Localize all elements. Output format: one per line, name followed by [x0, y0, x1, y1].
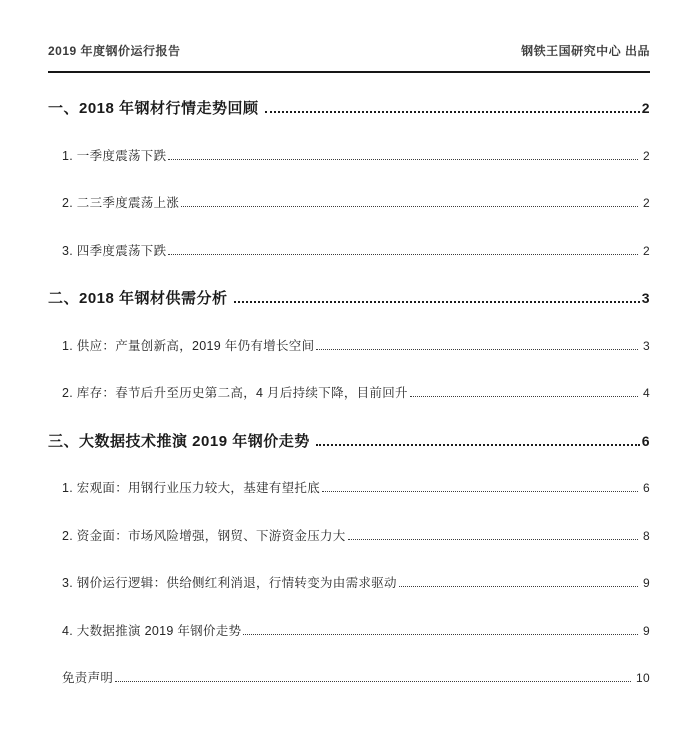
toc-entry-label: 3. 四季度震荡下跌: [62, 241, 166, 259]
toc-entry-page: 8: [643, 529, 650, 543]
toc-entry-3-3[interactable]: 3. 钢价运行逻辑：供给侧红利消退，行情转变为由需求驱动 9: [48, 557, 650, 605]
toc-entry-1-2[interactable]: 2. 二三季度震荡上涨 2: [48, 177, 650, 225]
toc-entry-label: 1. 宏观面：用钢行业压力较大，基建有望托底: [62, 478, 320, 496]
toc-entry-page: 10: [636, 671, 650, 685]
page-header: 2019 年度钢价运行报告 钢铁王国研究中心 出品: [48, 42, 650, 73]
dot-leader: [168, 159, 638, 160]
dot-leader: [410, 396, 638, 397]
dot-leader: [316, 349, 638, 350]
toc-entry-label: 2. 库存：春节后升至历史第二高，4 月后持续下降，目前回升: [62, 383, 408, 401]
toc-entry-page: 6: [643, 481, 650, 495]
toc-entry-section-1[interactable]: 一、2018 年钢材行情走势回顾 2: [48, 82, 650, 130]
dot-leader: [243, 634, 638, 635]
toc-entry-page: 2: [642, 100, 650, 116]
toc-entry-page: 2: [643, 149, 650, 163]
toc-entry-page: 3: [643, 339, 650, 353]
report-title: 2019 年度钢价运行报告: [48, 42, 181, 59]
toc-entry-label: 1. 供应：产量创新高，2019 年仍有增长空间: [62, 336, 314, 354]
toc-entry-label: 2. 资金面：市场风险增强，钢贸、下游资金压力大: [62, 526, 346, 544]
dot-leader: [265, 111, 640, 113]
publisher-credit: 钢铁王国研究中心 出品: [521, 42, 650, 59]
toc-entry-label: 3. 钢价运行逻辑：供给侧红利消退，行情转变为由需求驱动: [62, 573, 397, 591]
toc-entry-section-2[interactable]: 二、2018 年钢材供需分析 3: [48, 272, 650, 320]
toc-entry-page: 9: [643, 576, 650, 590]
toc-entry-3-4[interactable]: 4. 大数据推演 2019 年钢价走势 9: [48, 605, 650, 653]
toc-entry-section-3[interactable]: 三、大数据技术推演 2019 年钢价走势 6: [48, 415, 650, 463]
toc-entry-disclaimer[interactable]: 免责声明 10: [48, 652, 650, 700]
document-page: 2019 年度钢价运行报告 钢铁王国研究中心 出品 一、2018 年钢材行情走势…: [0, 0, 698, 756]
toc-entry-label: 二、2018 年钢材供需分析: [48, 287, 228, 308]
toc-entry-label: 2. 二三季度震荡上涨: [62, 193, 179, 211]
dot-leader: [115, 681, 631, 682]
table-of-contents: 一、2018 年钢材行情走势回顾 2 1. 一季度震荡下跌 2 2. 二三季度震…: [48, 82, 650, 700]
dot-leader: [348, 539, 638, 540]
toc-entry-page: 4: [643, 386, 650, 400]
toc-entry-label: 三、大数据技术推演 2019 年钢价走势: [48, 430, 310, 451]
toc-entry-1-3[interactable]: 3. 四季度震荡下跌 2: [48, 225, 650, 273]
dot-leader: [168, 254, 638, 255]
dot-leader: [181, 206, 638, 207]
toc-entry-page: 6: [642, 433, 650, 449]
toc-entry-page: 2: [643, 244, 650, 258]
toc-entry-page: 3: [642, 290, 650, 306]
dot-leader: [399, 586, 638, 587]
dot-leader: [322, 491, 638, 492]
dot-leader: [234, 301, 640, 303]
toc-entry-3-1[interactable]: 1. 宏观面：用钢行业压力较大，基建有望托底 6: [48, 462, 650, 510]
toc-entry-2-2[interactable]: 2. 库存：春节后升至历史第二高，4 月后持续下降，目前回升 4: [48, 367, 650, 415]
dot-leader: [316, 444, 640, 446]
toc-entry-2-1[interactable]: 1. 供应：产量创新高，2019 年仍有增长空间 3: [48, 320, 650, 368]
toc-entry-label: 4. 大数据推演 2019 年钢价走势: [62, 621, 241, 639]
toc-entry-page: 9: [643, 624, 650, 638]
toc-entry-3-2[interactable]: 2. 资金面：市场风险增强，钢贸、下游资金压力大 8: [48, 510, 650, 558]
toc-entry-1-1[interactable]: 1. 一季度震荡下跌 2: [48, 130, 650, 178]
toc-entry-label: 一、2018 年钢材行情走势回顾: [48, 97, 259, 118]
toc-entry-label: 1. 一季度震荡下跌: [62, 146, 166, 164]
toc-entry-page: 2: [643, 196, 650, 210]
toc-entry-label: 免责声明: [62, 668, 113, 686]
